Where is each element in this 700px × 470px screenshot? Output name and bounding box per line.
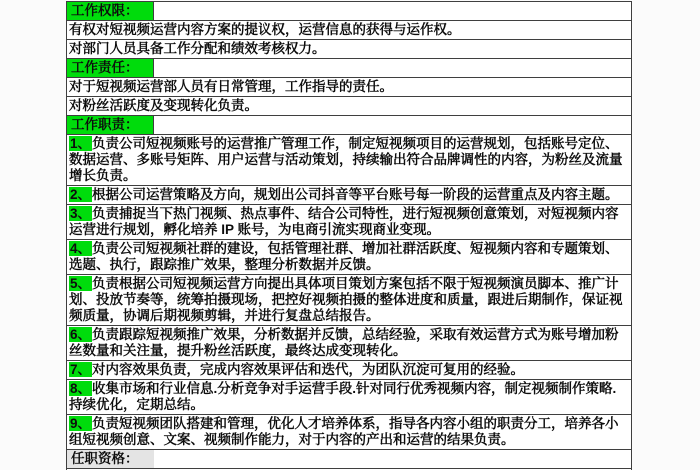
text-row: 对粉丝活跃度及变现转化负责。 — [67, 97, 631, 116]
duty-item-row-9: 9、负责短视频团队搭建和管理，优化人才培养体系，指导各内容小组的职责分工，培养各… — [67, 415, 631, 450]
item-number: 3、 — [69, 206, 92, 221]
duty-item-row-7: 7、对内容效果负责，完成内容效果评估和迭代，为团队沉淀可复用的经验。 — [67, 361, 631, 380]
item-text: 负责公司短视频账号的运营推广管理工作，制定短视频项目的运营规划，包括账号定位、数… — [69, 136, 623, 183]
row-text: 对部门人员具备工作分配和绩效考核权力。 — [69, 41, 326, 56]
section-header-row-work-responsibility: 工作责任： — [67, 59, 631, 78]
text-row: 有权对短视频运营内容方案的提议权，运营信息的获得与运作权。 — [67, 21, 631, 40]
item-text: 收集市场和行业信息.分析竞争对手运营手段.针对同行优秀视频内容，制定视频制作策略… — [69, 381, 616, 412]
duty-item-row-5: 5、负责根据公司短视频运营方向提出具体项目策划方案包括不限于短视频演员脚本、推广… — [67, 275, 631, 326]
section-header-label: 工作职责： — [67, 116, 154, 134]
item-text: 根据公司运营策略及方向，规划出公司抖音等平台账号每一阶段的运营重点及内容主题。 — [92, 187, 619, 202]
document-page: 工作权限： 有权对短视频运营内容方案的提议权，运营信息的获得与运作权。 对部门人… — [0, 0, 700, 470]
duty-item-row-3: 3、负责捕捉当下热门视频、热点事件、结合公司特性，进行短视频创意策划，对短视频内… — [67, 205, 631, 240]
duty-item-row-1: 1、负责公司短视频账号的运营推广管理工作，制定短视频项目的运营规划，包括账号定位… — [67, 135, 631, 186]
item-number: 5、 — [69, 276, 92, 291]
item-text: 负责捕捉当下热门视频、热点事件、结合公司特性，进行短视频创意策划，对短视频内容运… — [69, 206, 619, 237]
item-text: 负责根据公司短视频运营方向提出具体项目策划方案包括不限于短视频演员脚本、推广计划… — [69, 276, 623, 323]
duty-item-row-8: 8、收集市场和行业信息.分析竞争对手运营手段.针对同行优秀视频内容，制定视频制作… — [67, 380, 631, 415]
item-text: 负责短视频团队搭建和管理，优化人才培养体系，指导各内容小组的职责分工，培养各小组… — [69, 416, 619, 447]
item-number: 7、 — [69, 362, 92, 377]
duty-item-row-4: 4、负责公司短视频社群的建设，包括管理社群、增加社群活跃度、短视频内容和专题策划… — [67, 240, 631, 275]
item-text: 负责跟踪短视频推广效果，分析数据并反馈，总结经验，采取有效运营方式为账号增加粉丝… — [69, 327, 619, 358]
job-description-table: 工作权限： 有权对短视频运营内容方案的提议权，运营信息的获得与运作权。 对部门人… — [66, 1, 632, 470]
duty-item-row-2: 2、根据公司运营策略及方向，规划出公司抖音等平台账号每一阶段的运营重点及内容主题… — [67, 186, 631, 205]
text-row: 对于短视频运营部人员有日常管理，工作指导的责任。 — [67, 78, 631, 97]
section-header-label: 工作权限： — [67, 2, 154, 20]
section-header-row-work-authority: 工作权限： — [67, 2, 631, 21]
item-number: 4、 — [69, 241, 92, 256]
section-header-row-job-duties: 工作职责： — [67, 116, 631, 135]
item-number: 1、 — [69, 136, 92, 151]
item-text: 对内容效果负责，完成内容效果评估和迭代，为团队沉淀可复用的经验。 — [92, 362, 524, 377]
item-text: 负责公司短视频社群的建设，包括管理社群、增加社群活跃度、短视频内容和专题策划、选… — [69, 241, 619, 272]
duty-item-row-6: 6、负责跟踪短视频推广效果，分析数据并反馈，总结经验，采取有效运营方式为账号增加… — [67, 326, 631, 361]
item-number: 9、 — [69, 416, 92, 431]
qualification-header-label: 任职资格： — [67, 450, 154, 468]
row-text: 对于短视频运营部人员有日常管理，工作指导的责任。 — [69, 79, 393, 94]
row-text: 有权对短视频运营内容方案的提议权，运营信息的获得与运作权。 — [69, 22, 461, 37]
section-header-label: 工作责任： — [67, 59, 154, 77]
item-number: 8、 — [69, 381, 92, 396]
text-row: 对部门人员具备工作分配和绩效考核权力。 — [67, 40, 631, 59]
row-text: 对粉丝活跃度及变现转化负责。 — [69, 98, 258, 113]
item-number: 2、 — [69, 187, 92, 202]
item-number: 6、 — [69, 327, 92, 342]
qualification-header-row: 任职资格： — [67, 450, 631, 469]
